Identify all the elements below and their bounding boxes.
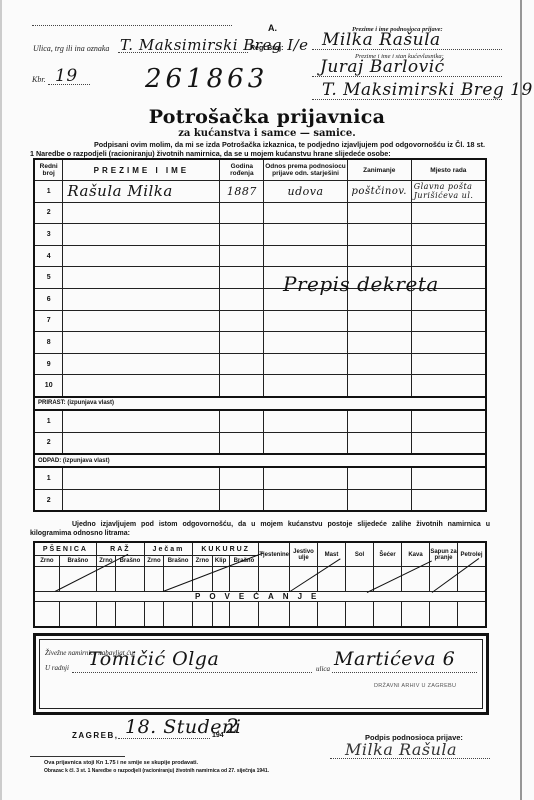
name-cell[interactable] <box>63 288 220 310</box>
relation-cell[interactable] <box>264 410 348 432</box>
increase-row: POVEĆANJE <box>34 592 486 602</box>
table-row: 4 <box>34 245 486 267</box>
section-letter: A. <box>268 23 277 33</box>
page-title: Potrošačka prijavnica <box>0 106 534 128</box>
col-salt: Sol <box>346 542 374 567</box>
occupation-cell[interactable] <box>347 245 411 267</box>
supply-cell[interactable] <box>318 602 346 628</box>
supply-cell[interactable] <box>212 602 229 628</box>
supply-cell[interactable] <box>144 567 163 592</box>
table-row: 2 <box>34 489 486 511</box>
supply-cell[interactable] <box>290 602 318 628</box>
row-number: 9 <box>34 353 63 375</box>
supply-cell[interactable] <box>458 602 487 628</box>
relation-cell[interactable] <box>264 353 348 375</box>
year-cell[interactable] <box>220 310 264 332</box>
sub-header: Zrno <box>34 556 59 567</box>
year-cell[interactable] <box>220 245 264 267</box>
row-number: 3 <box>34 224 63 246</box>
col-soap: Sapun za pranje <box>430 542 458 567</box>
workplace-cell[interactable] <box>411 245 486 267</box>
occupation-cell[interactable] <box>347 202 411 224</box>
table-row: 7 <box>34 310 486 332</box>
table-row: 3 <box>34 224 486 246</box>
year-field[interactable]: 2 <box>226 714 239 738</box>
col-header-occupation: Zanimanje <box>347 159 411 181</box>
year-cell[interactable] <box>220 332 264 354</box>
row-number: 7 <box>34 310 63 332</box>
row-number: 10 <box>34 375 63 397</box>
col-header-no: Redni broj <box>34 159 63 181</box>
top-blank-line <box>32 25 232 26</box>
workplace-cell[interactable] <box>411 224 486 246</box>
relation-cell[interactable] <box>264 375 348 397</box>
relation-cell[interactable] <box>264 432 348 454</box>
row-number: 1 <box>34 467 63 489</box>
table-row: 10 <box>34 375 486 397</box>
year-cell[interactable] <box>220 375 264 397</box>
city-label: ZAGREB, <box>72 731 119 740</box>
reg-no-field[interactable]: 261863 <box>145 64 268 94</box>
row-number: 2 <box>34 432 63 454</box>
workplace-cell[interactable] <box>411 375 486 397</box>
household-header-row: Redni broj PREZIME I IME Godina rođenja … <box>34 159 486 181</box>
relation-cell[interactable] <box>264 332 348 354</box>
relation-cell[interactable] <box>264 310 348 332</box>
date-line <box>118 738 210 739</box>
relation-cell[interactable] <box>264 467 348 489</box>
supply-cell[interactable] <box>259 602 290 628</box>
name-cell[interactable] <box>63 467 220 489</box>
landlord-address-line <box>312 99 502 100</box>
name-cell[interactable] <box>63 202 220 224</box>
name-cell[interactable] <box>63 310 220 332</box>
archive-stamp: DRŽAVNI ARHIV U ZAGREBU <box>374 683 456 689</box>
supply-cell[interactable] <box>34 602 59 628</box>
occupation-cell[interactable] <box>347 467 411 489</box>
name-cell[interactable] <box>63 410 220 432</box>
landlord-line <box>312 76 502 77</box>
supply-cell[interactable] <box>430 567 458 592</box>
supply-cell[interactable] <box>164 602 193 628</box>
workplace-cell[interactable] <box>411 310 486 332</box>
form-note: Obrazac k čl. 3 st. 1 Naredbe o razpodje… <box>44 768 269 774</box>
occupation-cell[interactable] <box>347 353 411 375</box>
supplies-statement: Ujedno izjavljujem pod istom odgovornošć… <box>30 520 490 538</box>
table-row: 2 <box>34 202 486 224</box>
group-wheat: PŠENICA <box>34 542 96 556</box>
relation-cell[interactable] <box>264 202 348 224</box>
supply-cell[interactable] <box>346 567 374 592</box>
year-cell[interactable] <box>220 267 264 289</box>
year-prefix: 194 <box>212 732 224 739</box>
workplace-cell[interactable] <box>411 489 486 511</box>
shop-box: Živežne namirnice nabavljat ću: U radnji… <box>33 633 489 715</box>
occupation-cell[interactable] <box>347 489 411 511</box>
workplace-cell[interactable] <box>411 432 486 454</box>
group-corn: KUKURUZ <box>193 542 259 556</box>
supply-cell[interactable] <box>374 602 402 628</box>
col-header-relation: Odnos prema podnosiocu prijave odn. star… <box>264 159 348 181</box>
year-cell[interactable]: 1887 <box>220 181 264 203</box>
shop-name-label: U radnji <box>45 664 69 672</box>
year-cell[interactable] <box>220 288 264 310</box>
col-sugar: Šećer <box>374 542 402 567</box>
table-row: 2 <box>34 432 486 454</box>
supply-cell[interactable] <box>430 602 458 628</box>
prirast-section-row: PRIRAST: (izpunjava vlast) <box>34 397 486 410</box>
supply-cell[interactable] <box>402 567 430 592</box>
relation-cell[interactable] <box>264 224 348 246</box>
supply-cell[interactable] <box>144 602 163 628</box>
row-number: 6 <box>34 288 63 310</box>
table-row: 1 Rašula Milka 1887 udova poštčinov. Gla… <box>34 181 486 203</box>
supply-cell[interactable] <box>346 602 374 628</box>
relation-cell[interactable] <box>264 245 348 267</box>
col-pasta: Tjestenine <box>259 542 290 567</box>
workplace-cell[interactable] <box>411 410 486 432</box>
name-cell[interactable] <box>63 245 220 267</box>
col-oil: Jestivo ulje <box>290 542 318 567</box>
page-subtitle: za kućanstva i samce — samice. <box>0 128 534 139</box>
occupation-cell[interactable] <box>347 375 411 397</box>
sub-header: Klip <box>212 556 229 567</box>
prirast-label: PRIRAST: (izpunjava vlast) <box>34 397 486 410</box>
shop-street-field[interactable]: Martićeva 6 <box>334 648 455 670</box>
supply-cell[interactable] <box>115 567 144 592</box>
shop-name-line <box>72 672 312 673</box>
table-row: 8 <box>34 332 486 354</box>
workplace-cell[interactable] <box>411 353 486 375</box>
footnote-rule <box>30 756 125 757</box>
supply-cell[interactable] <box>229 567 259 592</box>
name-cell[interactable] <box>63 267 220 289</box>
supplies-values-row <box>34 567 486 592</box>
group-barley: Ječam <box>144 542 192 556</box>
supply-cell[interactable] <box>115 602 144 628</box>
landlord-address-field[interactable]: T. Maksimirski Breg 19 <box>322 80 533 100</box>
street-label: Ulica, trg ili ina oznaka <box>33 44 109 53</box>
name-cell[interactable] <box>63 489 220 511</box>
group-rye: RAŽ <box>96 542 144 556</box>
applicant-field[interactable]: Milka Rašula <box>322 30 441 50</box>
row-number: 2 <box>34 202 63 224</box>
household-table: Redni broj PREZIME I IME Godina rođenja … <box>33 158 487 512</box>
year-cell[interactable] <box>220 432 264 454</box>
increase-label: POVEĆANJE <box>34 592 486 602</box>
workplace-cell[interactable] <box>411 332 486 354</box>
relation-cell[interactable]: udova <box>264 181 348 203</box>
landlord-name-field[interactable]: Juraj Barlović <box>320 57 445 77</box>
year-cell[interactable] <box>220 353 264 375</box>
supply-cell[interactable] <box>96 602 115 628</box>
col-header-name: PREZIME I IME <box>63 159 220 181</box>
table-row: 1 <box>34 410 486 432</box>
supply-cell[interactable] <box>259 567 290 592</box>
row-number: 2 <box>34 489 63 511</box>
supplies-increase-values-row <box>34 602 486 628</box>
table-row: 9 <box>34 353 486 375</box>
name-cell[interactable] <box>63 353 220 375</box>
table-row: 1 <box>34 467 486 489</box>
shop-street-line <box>332 672 477 673</box>
row-number: 8 <box>34 332 63 354</box>
year-cell[interactable] <box>220 467 264 489</box>
row-number: 1 <box>34 181 63 203</box>
odpad-label: ODPAD: (izpunjava vlast) <box>34 454 486 467</box>
occupation-cell[interactable] <box>347 332 411 354</box>
occupation-cell[interactable] <box>347 224 411 246</box>
house-no-label: Kbr. <box>32 75 46 84</box>
applicant-line <box>312 49 502 50</box>
name-cell[interactable] <box>63 375 220 397</box>
shop-street-label: ulica <box>316 665 330 673</box>
occupation-cell[interactable] <box>347 410 411 432</box>
occupation-cell[interactable]: poštčinov. <box>347 181 411 203</box>
year-cell[interactable] <box>220 224 264 246</box>
supply-cell[interactable] <box>96 567 115 592</box>
year-cell[interactable] <box>220 410 264 432</box>
sub-header: Zrno <box>144 556 163 567</box>
intro-paragraph: Podpisani ovim molim, da mi se izda Potr… <box>30 140 485 158</box>
name-cell[interactable]: Rašula Milka <box>63 181 220 203</box>
workplace-cell[interactable] <box>411 467 486 489</box>
row-number: 1 <box>34 410 63 432</box>
year-cell[interactable] <box>220 489 264 511</box>
col-header-workplace: Mjesto rada <box>411 159 486 181</box>
col-header-year: Godina rođenja <box>220 159 264 181</box>
year-cell[interactable] <box>220 202 264 224</box>
signature-line <box>330 758 490 759</box>
odpad-section-row: ODPAD: (izpunjava vlast) <box>34 454 486 467</box>
sub-header: Brašno <box>59 556 96 567</box>
supply-cell[interactable] <box>59 602 96 628</box>
workplace-cell[interactable]: Glavna pošta Jurišićeva ul. <box>411 181 486 203</box>
occupation-cell[interactable] <box>347 432 411 454</box>
sub-header: Zrno <box>193 556 213 567</box>
name-cell[interactable] <box>63 224 220 246</box>
price-note: Ova prijavnica stoji Kn 1.75 i ne smije … <box>44 760 198 766</box>
row-number: 5 <box>34 267 63 289</box>
sub-header: Brašno <box>164 556 193 567</box>
workplace-cell[interactable] <box>411 202 486 224</box>
supply-cell[interactable] <box>193 602 213 628</box>
decree-annotation: Prepis dekreta <box>283 272 439 296</box>
shop-name-field[interactable]: Tomičić Olga <box>88 648 219 670</box>
name-cell[interactable] <box>63 332 220 354</box>
supply-cell[interactable] <box>34 567 59 592</box>
occupation-cell[interactable] <box>347 310 411 332</box>
relation-cell[interactable] <box>264 489 348 511</box>
house-no-field[interactable]: 19 <box>55 66 78 86</box>
supply-cell[interactable] <box>229 602 259 628</box>
name-cell[interactable] <box>63 432 220 454</box>
supply-cell[interactable] <box>402 602 430 628</box>
reg-no-label: Reg. Broj: <box>250 45 283 52</box>
row-number: 4 <box>34 245 63 267</box>
signature-field[interactable]: Milka Rašula <box>345 740 457 759</box>
